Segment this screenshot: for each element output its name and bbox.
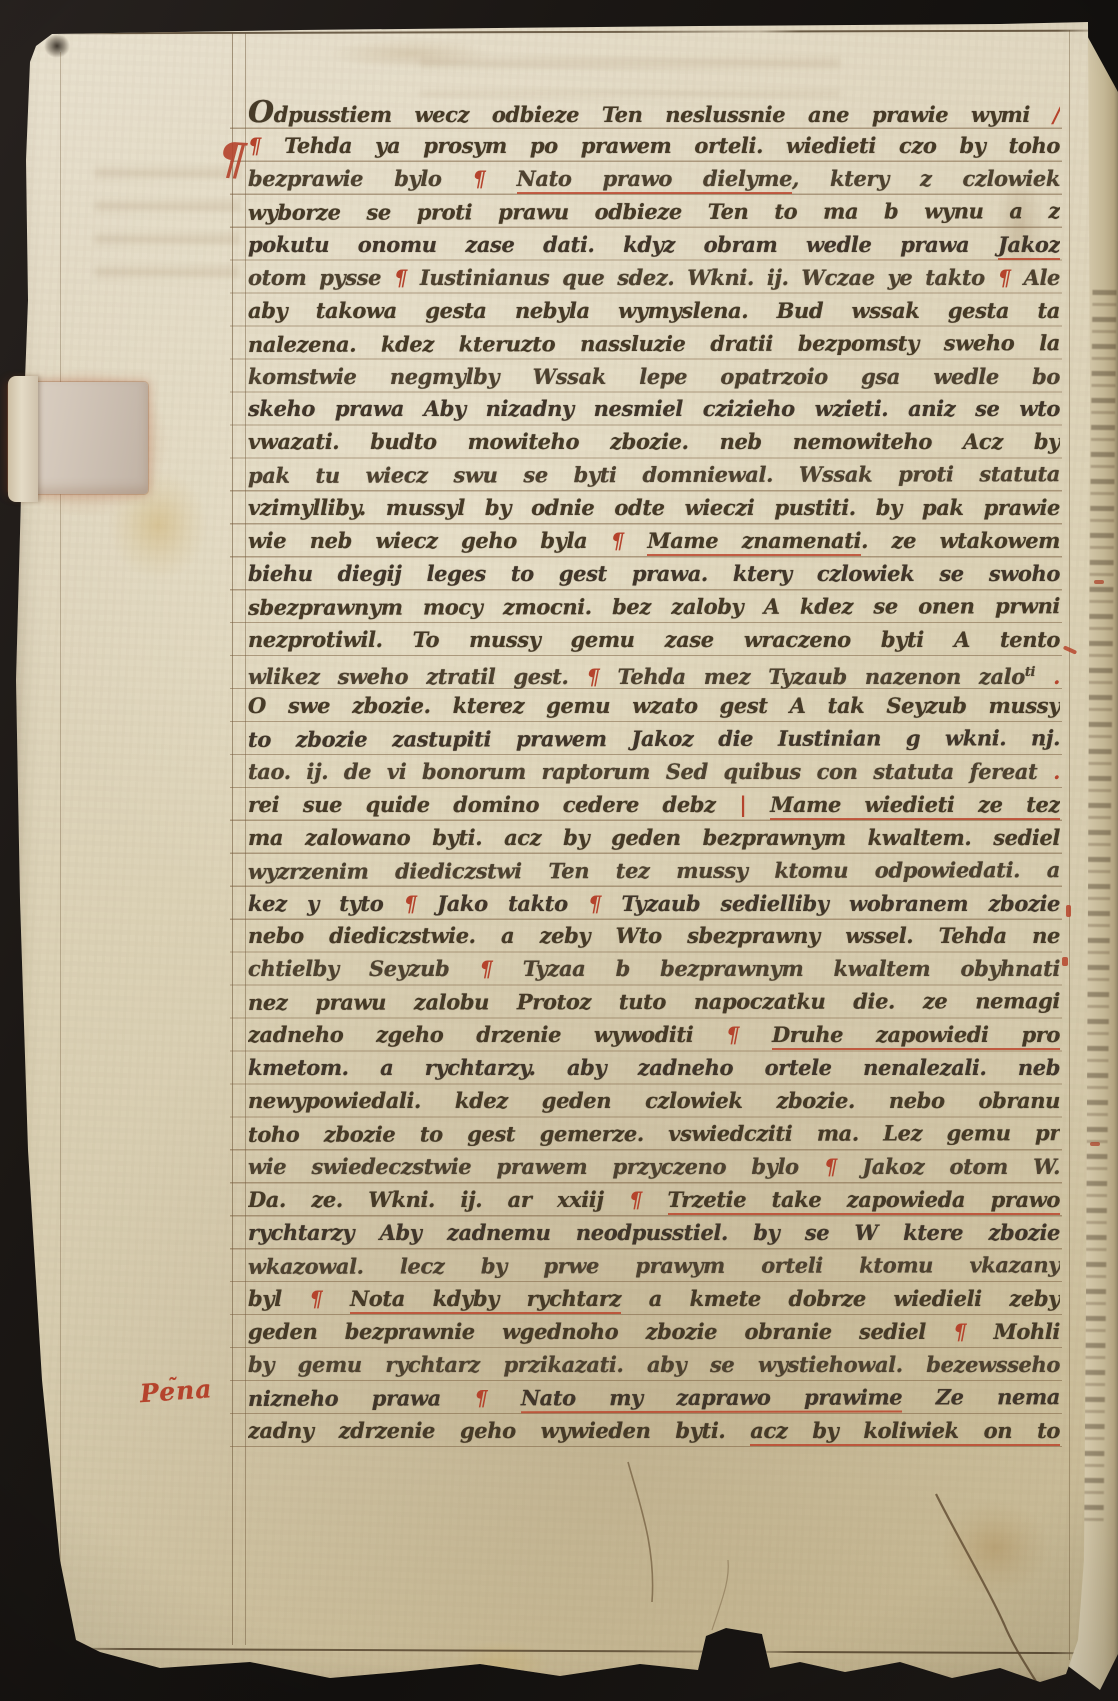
rubric-mark: ¶: [586, 664, 617, 689]
rubric-mark: ¶: [309, 1286, 350, 1311]
line-text: zadneho zgeho drzenie wywoditi: [248, 1022, 726, 1047]
line-text: nezprotiwil. To mussy gemu zase wraczeno…: [248, 627, 1060, 652]
manuscript-line-40: nizneho prawa ¶ Nato my zaprawo prawime …: [248, 1380, 1060, 1415]
manuscript-line-17: nezprotiwil. To mussy gemu zase wraczeno…: [248, 623, 1060, 656]
line-text: wie neb wiecz geho byla: [248, 528, 611, 553]
manuscript-line-21: tao. ij. de vi bonorum raptorum Sed quib…: [248, 755, 1060, 788]
line-text: Mame wiedieti ze tez: [770, 792, 1060, 820]
line-text: vzimylliby. mussyl by odnie odte wieczi …: [248, 495, 1060, 520]
rubric-mark: ¶: [588, 891, 621, 916]
line-text: O: [248, 96, 274, 129]
manuscript-line-11: vwazati. budto mowiteho zbozie. neb nemo…: [248, 425, 1060, 458]
rubric-mark: ¶: [629, 1187, 667, 1212]
line-text: . ze wtakowem: [861, 528, 1060, 553]
rubric-mark: ¶: [726, 1022, 772, 1047]
rubric-mark: ¶: [953, 1319, 993, 1344]
line-text: pokutu onomu zase dati. kdyz obram wedle…: [248, 232, 998, 257]
manuscript-line-1: Odpusstiem wecz odbieze Ten neslussnie a…: [248, 96, 1060, 129]
line-text: dpusstiem wecz odbieze Ten neslussnie an…: [274, 102, 1030, 127]
manuscript-line-30: kmetom. a rychtarzy. aby zadneho ortele …: [248, 1051, 1060, 1084]
manuscript-line-9: komstwie negmylby Wssak lepe opatrzoio g…: [248, 360, 1060, 393]
line-text: bezprawie bylo: [248, 166, 473, 191]
manuscript-line-10: skeho prawa Aby nizadny nesmiel czizieho…: [248, 392, 1060, 425]
line-text: byl: [248, 1286, 309, 1311]
line-text: to zbozie zastupiti prawem Jakoz die Ius…: [248, 725, 1060, 752]
line-text: komstwie negmylby Wssak lepe opatrzoio g…: [248, 364, 1060, 389]
rubric-mark: ¶: [394, 265, 420, 290]
manuscript-line-19: O swe zbozie. kterez gemu wzato gest A t…: [248, 689, 1060, 722]
photo-frame: Odpusstiem wecz odbieze Ten neslussnie a…: [0, 0, 1118, 1701]
line-text: kmetom. a rychtarzy. aby zadneho ortele …: [248, 1055, 1060, 1080]
manuscript-line-32: toho zbozie to gest gemerze. vswiedcziti…: [248, 1116, 1060, 1151]
line-text: Mohli: [994, 1319, 1060, 1344]
manuscript-line-35: rychtarzy Aby zadnemu neodpusstiel. by s…: [248, 1216, 1060, 1249]
rubric-mark: /: [1030, 102, 1060, 127]
manuscript-line-16: sbezprawnym mocy zmocni. bez zaloby A kd…: [248, 589, 1060, 624]
line-text: Mame znamenati: [647, 528, 861, 556]
line-text: nalezena. kdez kteruzto nassluzie dratii…: [248, 330, 1060, 357]
line-text: Ze nema: [902, 1384, 1060, 1409]
manuscript-line-29: zadneho zgeho drzenie wywoditi ¶ Druhe z…: [248, 1018, 1060, 1051]
frame-rule-left-b: [245, 33, 246, 1645]
line-text: Jakoz otom W.: [862, 1154, 1060, 1179]
red-margin-tick: [1062, 957, 1068, 966]
line-text: Jakoz: [998, 232, 1060, 260]
stain: [940, 1500, 1050, 1595]
manuscript-line-22: rei sue quide domino cedere debz | Mame …: [248, 788, 1060, 821]
stain: [430, 1630, 570, 1700]
line-text: a kmete dobrze wiedieli zeby: [621, 1286, 1060, 1311]
show-through-ghost-text: [95, 168, 240, 298]
show-through-ghost-text: [420, 58, 840, 96]
facing-page-red-mark: [1094, 580, 1104, 584]
line-text: nebo diediczstwie. a zeby Wto sbezprawny…: [248, 923, 1060, 948]
manuscript-line-28: nez prawu zalobu Protoz tuto napoczatku …: [248, 984, 1060, 1019]
line-text: sbezprawnym mocy zmocni. bez zaloby A kd…: [248, 593, 1060, 620]
line-text: tao. ij. de vi bonorum raptorum Sed quib…: [248, 759, 1037, 784]
manuscript-line-2: ¶ Tehda ya prosym po prawem orteli. wied…: [248, 129, 1060, 162]
frame-rule-left-outer: [60, 52, 61, 1642]
manuscript-line-24: wyzrzenim diediczstwi Ten tez mussy ktom…: [248, 853, 1060, 888]
red-margin-tick: [1063, 645, 1077, 654]
rubric-mark: |: [739, 792, 770, 817]
line-text: wyborze se proti prawu odbieze Ten to ma…: [248, 198, 1060, 225]
rubric-mark: ¶: [611, 528, 648, 553]
line-text: O swe zbozie. kterez gemu wzato gest A t…: [248, 693, 1060, 718]
manuscript-line-7: aby takowa gesta nebyla wymyslena. Bud w…: [248, 294, 1060, 327]
rubric-mark: .: [1037, 759, 1060, 784]
manuscript-line-34: Da. ze. Wkni. ij. ar xxiij ¶ Trzetie tak…: [248, 1183, 1060, 1216]
line-text: Druhe zapowiedi pro: [772, 1022, 1060, 1050]
line-text: Ale: [1024, 265, 1060, 290]
rubric-mark: ¶: [474, 1385, 521, 1410]
line-text: nizneho prawa: [248, 1385, 474, 1410]
line-text: Nato prawo dielyme: [517, 166, 792, 194]
manuscript-line-41: zadny zdrzenie geho wywieden byti. acz b…: [248, 1414, 1060, 1447]
line-text: nez prawu zalobu Protoz tuto napoczatku …: [248, 988, 1060, 1015]
line-text: Tyzaub sedielliby wobranem zbozie: [622, 891, 1060, 916]
corner-smudge: [44, 34, 70, 58]
stain: [300, 34, 520, 74]
line-text: rychtarzy Aby zadnemu neodpusstiel. by s…: [248, 1220, 1060, 1245]
line-text: otom pysse: [248, 265, 394, 290]
manuscript-line-23: ma zalowano byti. acz by geden bezprawny…: [248, 821, 1060, 854]
line-text: wlikez sweho ztratil gest.: [248, 664, 586, 689]
line-text: wie swiedeczstwie prawem przyczeno bylo: [248, 1154, 824, 1179]
manuscript-line-13: vzimylliby. mussyl by odnie odte wieczi …: [248, 491, 1060, 524]
frame-rule-top: [58, 30, 1088, 35]
line-text: Nota kdyby rychtarz: [350, 1286, 621, 1314]
rubric-mark: ¶: [824, 1154, 862, 1179]
margin-note-pena: Pena: [139, 1375, 233, 1407]
line-text: Iustinianus que sdez. Wkni. ij. Wczae ye…: [420, 265, 998, 290]
line-text: toho zbozie to gest gemerze. vswiedcziti…: [248, 1120, 1060, 1147]
manuscript-line-38: geden bezprawnie wgednoho zbozie obranie…: [248, 1315, 1060, 1348]
manuscript-line-8: nalezena. kdez kteruzto nassluzie dratii…: [248, 326, 1060, 361]
manuscript-line-12: pak tu wiecz swu se byti domniewal. Wssa…: [248, 457, 1060, 492]
line-text: aby takowa gesta nebyla wymyslena. Bud w…: [248, 298, 1060, 323]
facing-page-red-mark: [1090, 1142, 1100, 1146]
manuscript-line-33: wie swiedeczstwie prawem przyczeno bylo …: [248, 1150, 1060, 1183]
line-text: vwazati. budto mowiteho zbozie. neb nemo…: [248, 429, 1060, 454]
line-text: chtielby Seyzub: [248, 956, 479, 981]
manuscript-line-4: wyborze se proti prawu odbieze Ten to ma…: [248, 194, 1060, 229]
manuscript-line-36: wkazowal. lecz by prwe prawym orteli kto…: [248, 1248, 1060, 1283]
manuscript-line-3: bezprawie bylo ¶ Nato prawo dielyme, kte…: [248, 162, 1060, 195]
line-text: Nato my zaprawo prawime: [521, 1384, 902, 1413]
frame-rule-right: [1069, 30, 1070, 1660]
manuscript-line-25: kez y tyto ¶ Jako takto ¶ Tyzaub sediell…: [248, 887, 1060, 920]
rubric-mark: ¶: [998, 265, 1024, 290]
line-text: Jako takto: [437, 891, 588, 916]
manuscript-line-39: by gemu rychtarz przikazati. aby se wyst…: [248, 1348, 1060, 1381]
manuscript-line-31: newypowiedali. kdez geden czlowiek zbozi…: [248, 1084, 1060, 1117]
manuscript-line-18: wlikez sweho ztratil gest. ¶ Tehda mez T…: [248, 656, 1060, 689]
line-text: biehu diegij leges to gest prawa. ktery …: [248, 561, 1060, 586]
line-text: wyzrzenim diediczstwi Ten tez mussy ktom…: [248, 857, 1060, 884]
manuscript-line-27: chtielby Seyzub ¶ Tyzaa b bezprawnym kwa…: [248, 952, 1060, 985]
rubric-mark: ¶: [248, 133, 284, 158]
margin-pilcrow: ¶: [216, 137, 247, 183]
line-text: geden bezprawnie wgednoho zbozie obranie…: [248, 1319, 953, 1344]
line-text: by gemu rychtarz przikazati. aby se wyst…: [248, 1352, 1060, 1377]
line-text: rei sue quide domino cedere debz: [248, 792, 739, 817]
text-block: Odpusstiem wecz odbieze Ten neslussnie a…: [248, 96, 1060, 1446]
line-text: wkazowal. lecz by prwe prawym orteli kto…: [248, 1252, 1060, 1279]
manuscript-line-6: otom pysse ¶ Iustinianus que sdez. Wkni.…: [248, 261, 1060, 294]
bookmark-tab-curl: [8, 376, 38, 502]
manuscript-line-26: nebo diediczstwie. a zeby Wto sbezprawny…: [248, 919, 1060, 952]
line-text: kez y tyto: [248, 891, 404, 916]
manuscript-line-15: biehu diegij leges to gest prawa. ktery …: [248, 557, 1060, 590]
line-text: , ktery z czlowiek: [792, 166, 1060, 191]
line-text: pak tu wiecz swu se byti domniewal. Wssa…: [248, 461, 1060, 488]
line-text: Tehda mez Tyzaub nazenon zalo: [618, 664, 1025, 689]
frame-rule-bottom: [68, 1648, 1082, 1654]
line-text: acz by koliwiek on to: [750, 1418, 1060, 1446]
line-text: ti: [1025, 665, 1035, 680]
line-text: ma zalowano byti. acz by geden bezprawny…: [248, 825, 1060, 850]
manuscript-line-20: to zbozie zastupiti prawem Jakoz die Ius…: [248, 721, 1060, 756]
manuscript-line-14: wie neb wiecz geho byla ¶ Mame znamenati…: [248, 524, 1060, 557]
manuscript-line-5: pokutu onomu zase dati. kdyz obram wedle…: [248, 228, 1060, 261]
rubric-mark: ¶: [404, 891, 437, 916]
rubric-mark: ¶: [479, 956, 522, 981]
line-text: skeho prawa Aby nizadny nesmiel czizieho…: [248, 396, 1060, 421]
frame-rule-left-a: [232, 33, 233, 1645]
rubric-mark: .: [1035, 664, 1060, 689]
manuscript-line-37: byl ¶ Nota kdyby rychtarz a kmete dobrze…: [248, 1282, 1060, 1315]
line-text: Tehda ya prosym po prawem orteli. wiedie…: [284, 133, 1060, 158]
line-text: Da. ze. Wkni. ij. ar xxiij: [248, 1187, 629, 1212]
line-text: Tyzaa b bezprawnym kwaltem obyhnati: [523, 956, 1060, 981]
line-text: Trzetie take zapowieda prawo: [668, 1187, 1061, 1215]
manuscript-page: Odpusstiem wecz odbieze Ten neslussnie a…: [0, 0, 1118, 1701]
red-margin-tick: [1066, 905, 1071, 917]
line-text: newypowiedali. kdez geden czlowiek zbozi…: [248, 1088, 1060, 1113]
line-text: zadny zdrzenie geho wywieden byti.: [248, 1418, 750, 1443]
rubric-mark: ¶: [473, 166, 517, 191]
